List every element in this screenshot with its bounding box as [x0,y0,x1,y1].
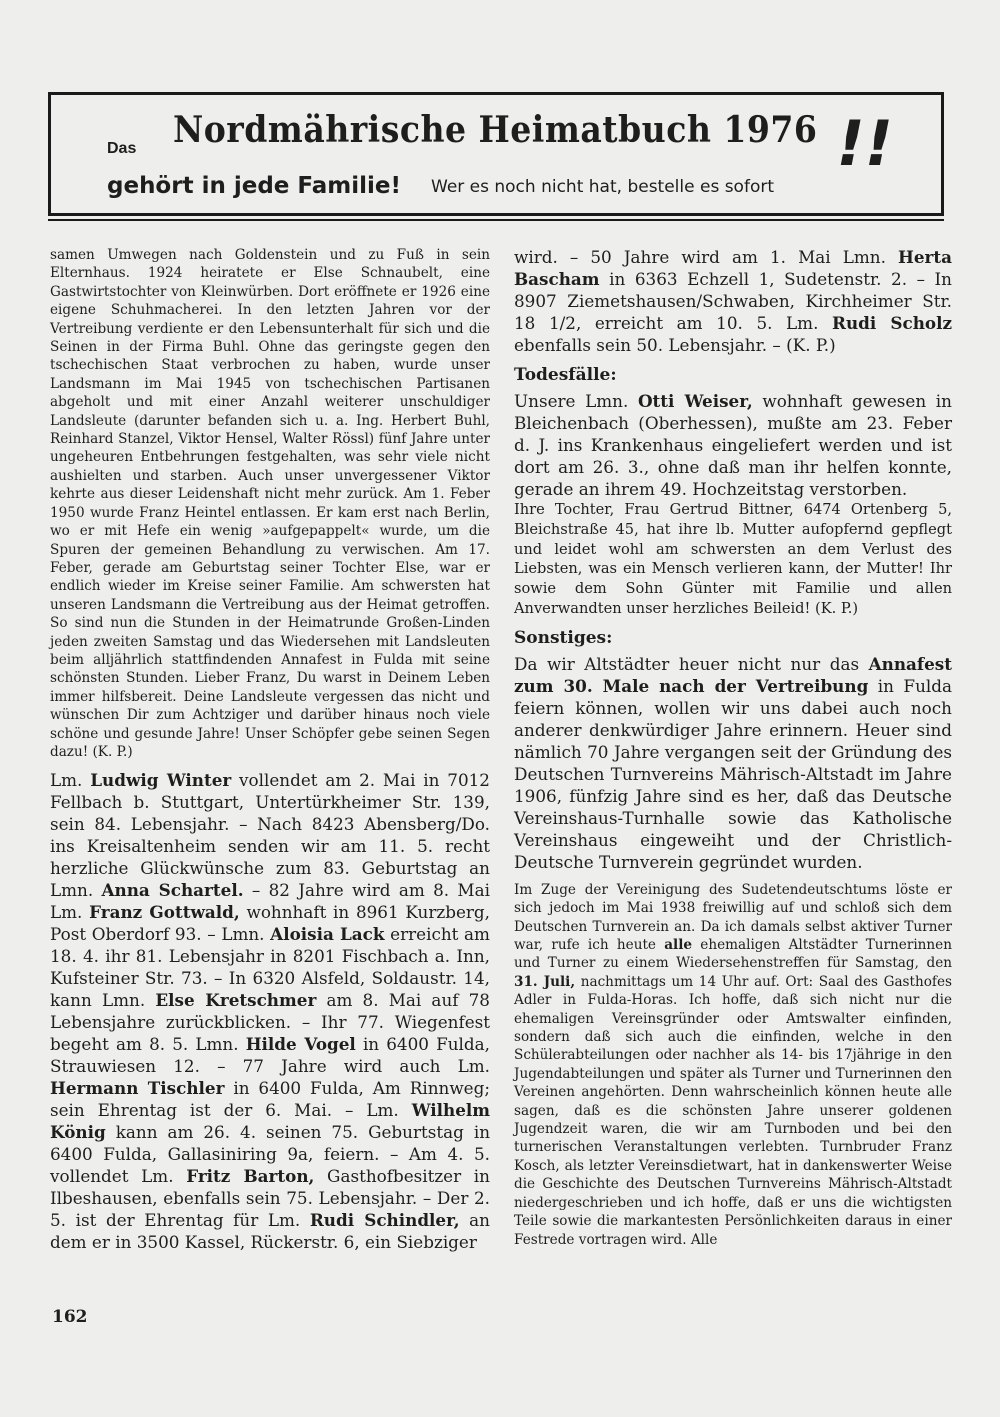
annafest-paragraph: Da wir Altstädter heuer nicht nur das An… [514,653,952,873]
left-column: samen Umwegen nach Goldenstein und zu Fu… [50,246,490,1261]
obituary-paragraph: Unsere Lmn. Otti Weiser, wohnhaft gewese… [514,390,952,500]
advertisement-box: Das Nordmährische Heimatbuch 1976 gehört… [48,92,944,216]
person-name: Fritz Barton, [186,1166,314,1186]
person-name: Franz Gottwald, [89,902,240,922]
birthdays-continued-paragraph: wird. – 50 Jahre wird am 1. Mai Lmn. Her… [514,246,952,356]
person-name: Otti Weiser, [638,391,753,411]
right-column: wird. – 50 Jahre wird am 1. Mai Lmn. Her… [514,246,952,1257]
page-number: 162 [52,1307,88,1327]
person-name: Anna Schartel. [102,880,244,900]
ad-title: Nordmährische Heimatbuch 1976 [173,109,817,151]
ad-das-label: Das [107,140,136,158]
biography-paragraph: samen Umwegen nach Goldenstein und zu Fu… [50,246,490,761]
section-heading-deaths: Todesfälle: [514,364,952,386]
person-name: Hilde Vogel [246,1034,356,1054]
person-name: Rudi Schindler, [310,1210,460,1230]
person-name: Rudi Scholz [832,313,952,333]
person-name: Else Kretschmer [155,990,316,1010]
person-name: Aloisia Lack [270,924,384,944]
ad-order-text: Wer es noch nicht hat, bestelle es sofor… [431,177,774,197]
person-name: Ludwig Winter [90,770,231,790]
birthdays-paragraph: Lm. Ludwig Winter vollendet am 2. Mai in… [50,769,490,1253]
person-name: Hermann Tischler [50,1078,224,1098]
section-heading-misc: Sonstiges: [514,627,952,649]
condolence-paragraph: Ihre Tochter, Frau Gertrud Bittner, 6474… [514,500,952,619]
reunion-paragraph: Im Zuge der Vereinigung des Sudetendeuts… [514,881,952,1249]
ad-exclamation-marks: !! [836,113,893,175]
ad-tagline: gehört in jede Familie! [107,173,401,199]
